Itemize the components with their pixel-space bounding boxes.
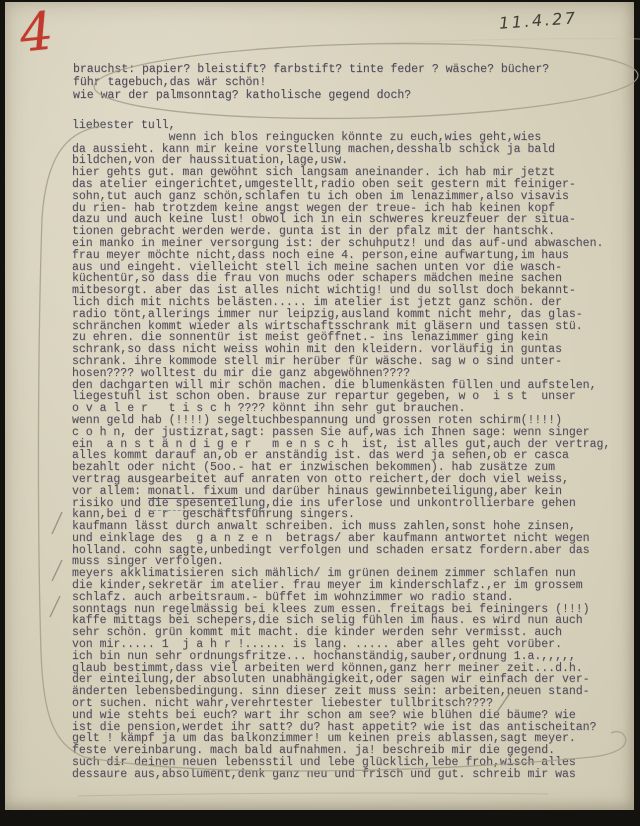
- letter-line: ein manko in meiner versorgung ist: der …: [72, 238, 610, 250]
- letter-line: sohn,tut auch ganz schön,schlafen tu ich…: [72, 191, 610, 203]
- letter-line: dessaure aus,absolument,denk ganz neu un…: [72, 769, 610, 781]
- letter-line: frau meyer möchte nicht,dass noch eine 4…: [72, 250, 610, 262]
- date-handwritten: 11.4.27: [498, 8, 578, 32]
- letter-line: wenn ich blos reingucken könnte zu euch,…: [72, 132, 610, 144]
- letter-line: vor allem: monatl. fixum und darüber hin…: [72, 486, 610, 498]
- letter-line: vertrag ausgearbeitet auf anraten von ot…: [72, 474, 610, 486]
- letter-line: schlafz. auch arbeitsraum.- büffet im wo…: [72, 592, 610, 604]
- letter-line: und einklage des g a n z e n betrags/ ab…: [72, 533, 610, 545]
- header-question-line: führ tagebuch,das wär schön!: [73, 76, 549, 89]
- letter-line: und wie stehts bei euch? wart ihr schon …: [72, 710, 610, 722]
- letter-line: ich bin nun sehr ordnungsfritze... hocha…: [72, 651, 610, 663]
- letter-line: das atelier eingerichtet,umgestellt,radi…: [72, 179, 610, 191]
- letter-line: hosen???? wolltest du mir die ganz abgew…: [72, 368, 610, 380]
- header-questions-block: brauchst: papier? bleistift? farbstift? …: [73, 63, 549, 103]
- header-question-line: wie war der palmsonntag? katholische geg…: [73, 89, 549, 102]
- letter-line: radio tönt,allerings immer nur leipzig,a…: [72, 309, 610, 321]
- letter-line: lich dich mit nichts belästen..... im at…: [72, 297, 610, 309]
- letter-body-block: liebester tull, wenn ich blos reingucken…: [72, 120, 610, 781]
- letter-line: c o h n, der justizrat,sagt: passen Sie …: [72, 427, 610, 439]
- header-question-line: brauchst: papier? bleistift? farbstift? …: [73, 63, 549, 76]
- letter-line: schrank. ihre kommode stell mir herüber …: [72, 356, 610, 368]
- page-number-handwritten: 4: [17, 2, 56, 63]
- scan-black-border: 4 11.4.27 brauchst: papier? bleistift? f…: [0, 0, 640, 826]
- letter-line: wenn geld hab (!!!!) segeltuchbespannung…: [72, 415, 610, 427]
